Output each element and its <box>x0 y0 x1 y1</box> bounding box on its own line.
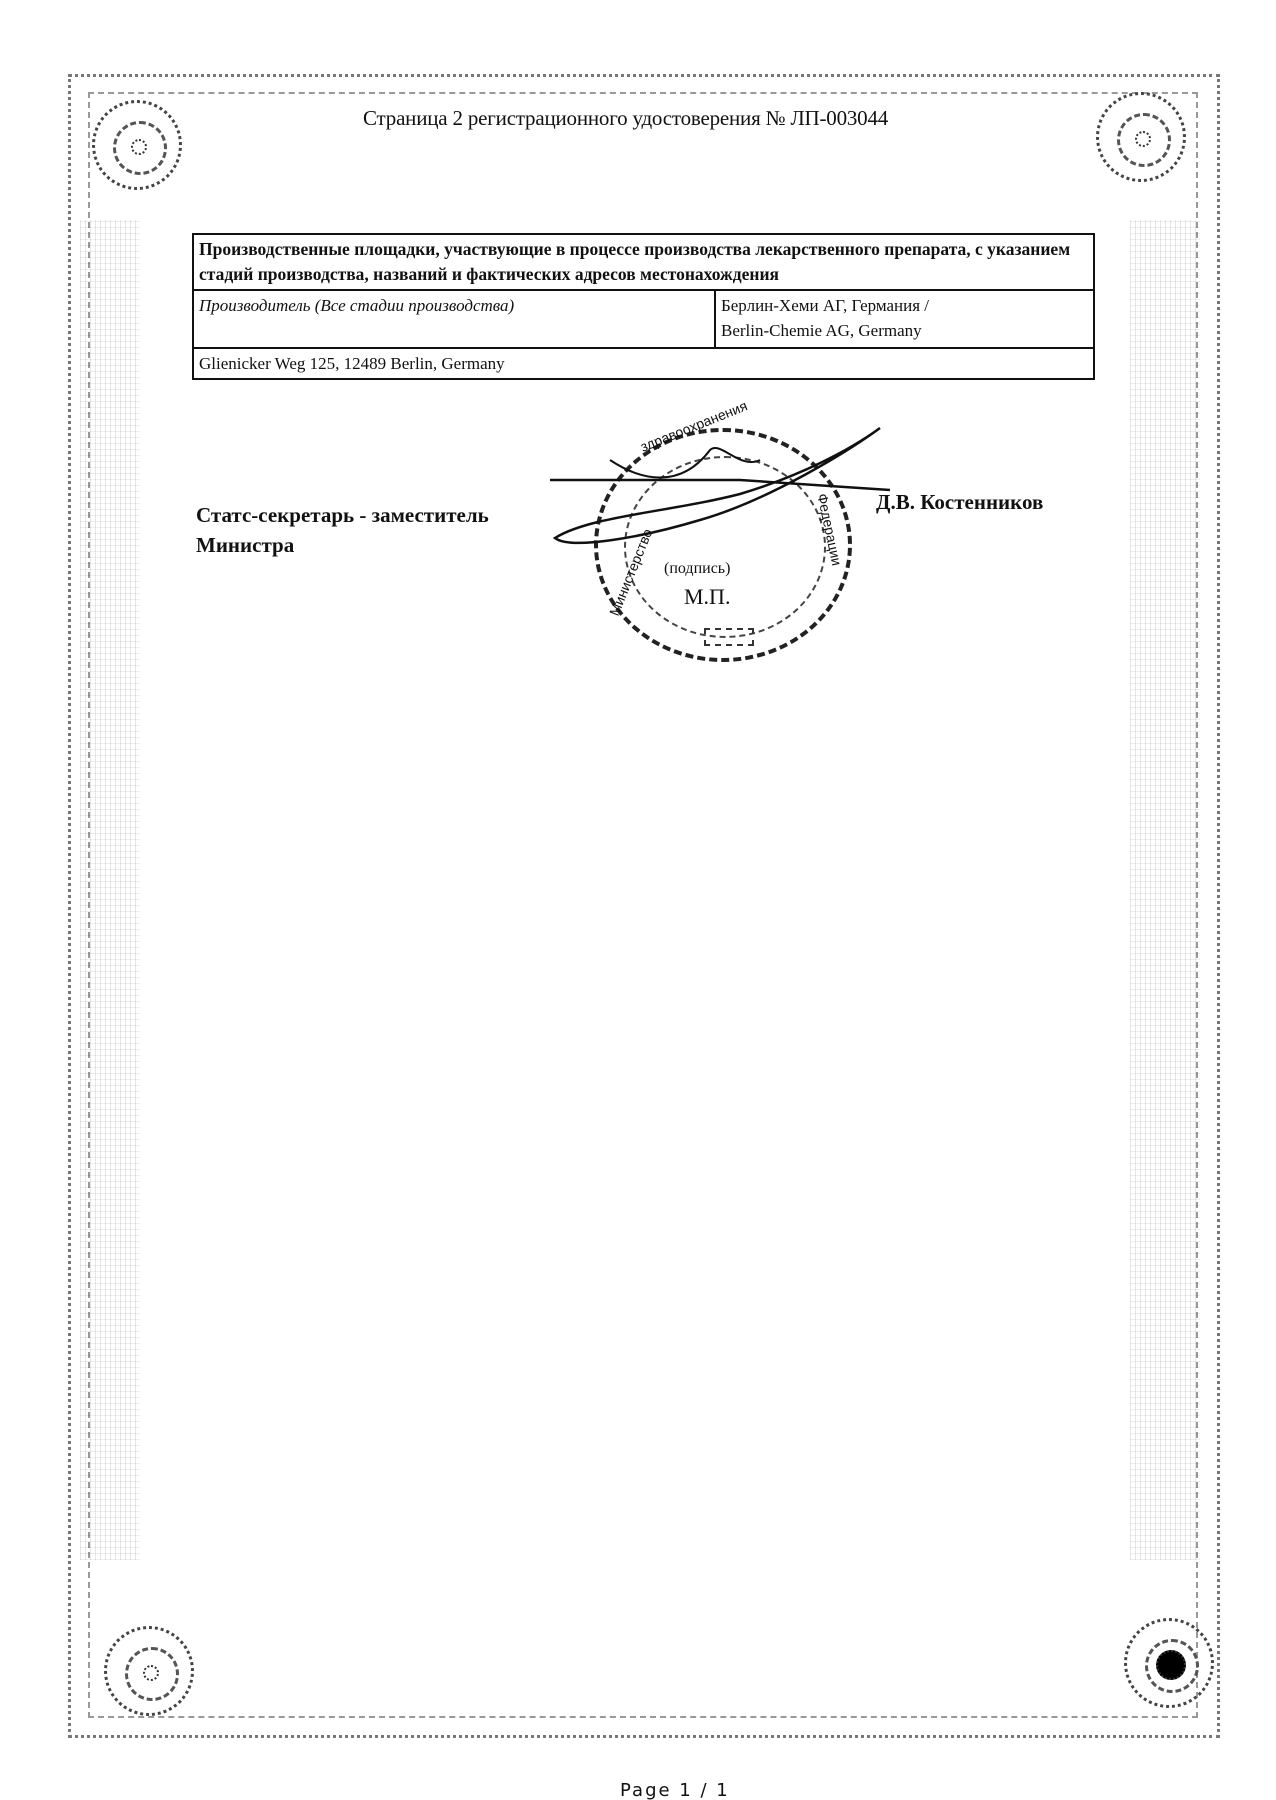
signatory-name: Д.В. Костенников <box>876 490 1043 515</box>
page-heading: Страница 2 регистрационного удостоверени… <box>363 106 888 131</box>
manufacturer-role: Производитель (Все стадии производства) <box>193 290 715 348</box>
rosette-bottom-right-icon <box>1124 1618 1214 1708</box>
signature-icon <box>550 420 890 570</box>
signatory-title: Статс-секретарь - заместитель Министра <box>196 500 489 560</box>
rosette-top-left-icon <box>92 100 182 190</box>
manufacturer-name-ru: Берлин-Хеми АГ, Германия / <box>721 293 1088 318</box>
signatory-title-line1: Статс-секретарь - заместитель <box>196 500 489 530</box>
frame-hatch-left <box>80 220 140 1560</box>
rosette-bottom-left-icon <box>104 1626 194 1716</box>
page-number: Page 1 / 1 <box>620 1780 730 1800</box>
table-row: Производитель (Все стадии производства) … <box>193 290 1094 348</box>
manufacturer-address: Glienicker Weg 125, 12489 Berlin, German… <box>193 348 1094 379</box>
stamp-box <box>704 628 754 646</box>
signatory-title-line2: Министра <box>196 530 489 560</box>
manufacturer-name-en: Berlin-Chemie AG, Germany <box>721 318 1088 343</box>
table-header: Производственные площадки, участвующие в… <box>193 234 1094 290</box>
frame-hatch-right <box>1130 220 1200 1560</box>
production-sites-table: Производственные площадки, участвующие в… <box>192 233 1095 380</box>
rosette-top-right-icon <box>1096 92 1186 182</box>
stamp-seal-label: М.П. <box>684 584 730 610</box>
manufacturer-name: Берлин-Хеми АГ, Германия / Berlin-Chemie… <box>715 290 1094 348</box>
